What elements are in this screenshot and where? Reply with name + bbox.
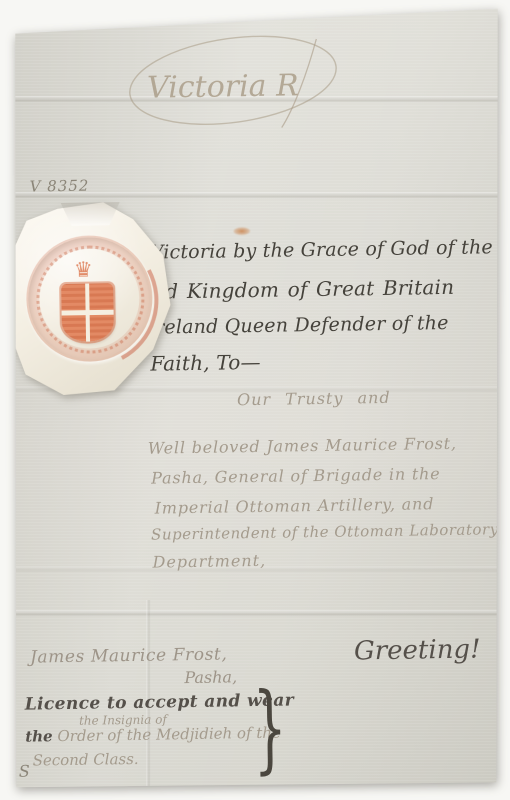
orange-ink-smudge bbox=[233, 227, 250, 235]
scanned-document-photo: Victoria R V 8352 Victoria by the Grace … bbox=[0, 0, 510, 800]
signature-flourish: Victoria R bbox=[120, 28, 352, 134]
body-line-2: Well beloved James Maurice Frost, bbox=[148, 434, 457, 458]
body-line-3: Pasha, General of Brigade in the bbox=[151, 464, 441, 488]
royal-arms-shield-icon bbox=[61, 283, 114, 342]
licence-line-2-start: the bbox=[25, 727, 53, 745]
licence-line-3: Second Class. bbox=[32, 750, 138, 770]
document-content: Victoria R V 8352 Victoria by the Grace … bbox=[0, 0, 510, 800]
body-line-4: Imperial Ottoman Artillery, and bbox=[155, 494, 435, 517]
body-line-5: Superintendent of the Ottoman Laboratory bbox=[151, 520, 499, 543]
docket-name: James Maurice Frost, bbox=[30, 644, 228, 667]
docket-rank: Pasha, bbox=[184, 667, 237, 687]
pencil-archive-number: V 8352 bbox=[29, 177, 89, 196]
crown-icon: ♛ bbox=[74, 258, 93, 282]
body-line-6: Department, bbox=[152, 551, 266, 572]
signature-text: Victoria R bbox=[147, 68, 299, 105]
docket-brace: } bbox=[252, 680, 287, 777]
clerk-initial: S bbox=[19, 762, 30, 781]
document-paper-wrap: Victoria R V 8352 Victoria by the Grace … bbox=[0, 0, 510, 800]
engrossed-line-1: Victoria by the Grace of God of the bbox=[149, 236, 493, 263]
red-ink-speck bbox=[67, 23, 71, 29]
licence-line-2: the Order of the Medjidieh of the bbox=[25, 724, 281, 746]
royal-signature: Victoria R bbox=[120, 28, 352, 134]
licence-line-2-rest: Order of the Medjidieh of the bbox=[57, 724, 281, 746]
body-line-1: Our Trusty and bbox=[237, 388, 391, 409]
royal-embossed-seal: ♛ bbox=[5, 201, 172, 396]
greeting-word: Greeting! bbox=[354, 634, 481, 666]
document-paper: Victoria R V 8352 Victoria by the Grace … bbox=[0, 0, 510, 800]
